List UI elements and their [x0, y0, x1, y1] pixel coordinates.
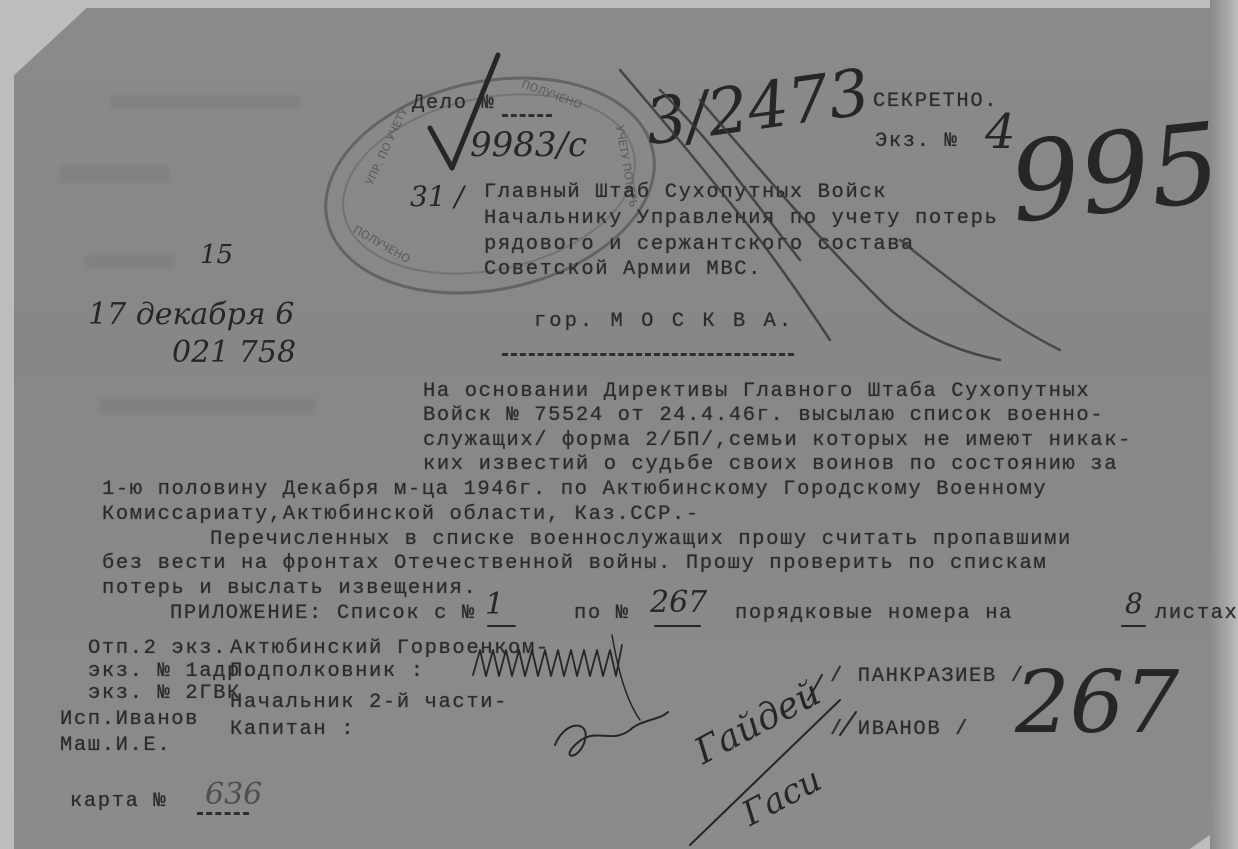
checkmark-icon — [430, 55, 498, 168]
handwriting-strokes — [0, 0, 1238, 849]
